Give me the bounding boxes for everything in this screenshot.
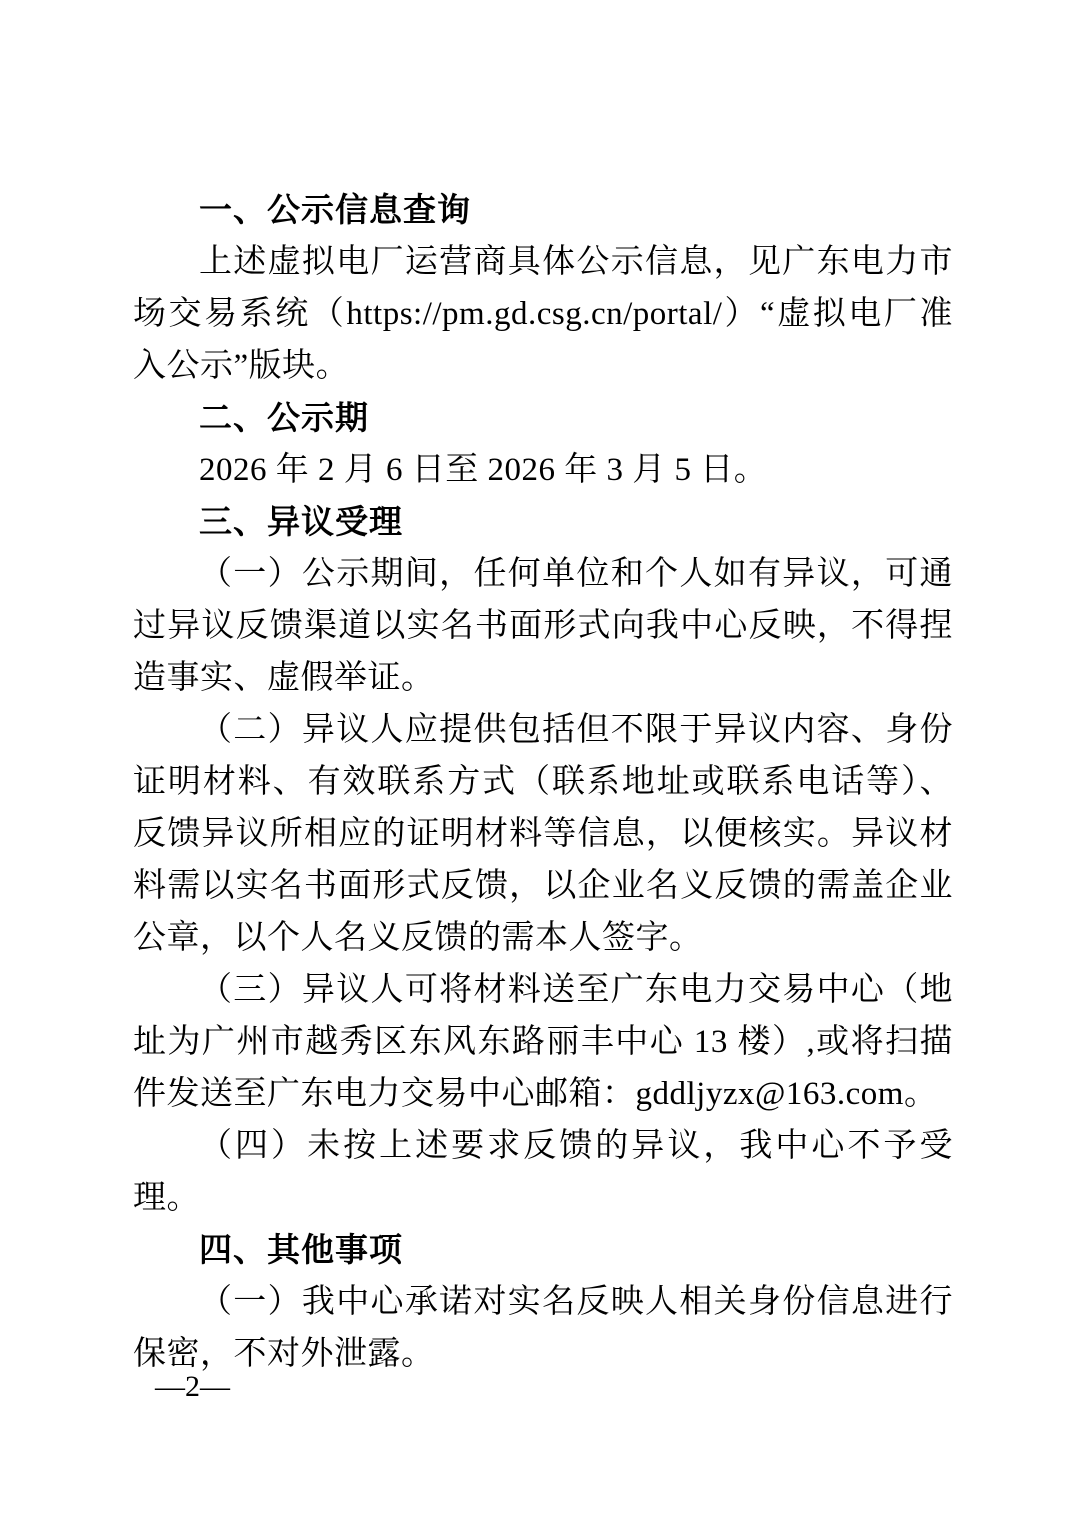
section-heading-objection-handling: 三、异议受理 (133, 496, 953, 548)
paragraph-objection-3: （三）异议人可将材料送至广东电力交易中心（地址为广州市越秀区东风东路丽丰中心 1… (133, 964, 953, 1120)
paragraph-other-matters-1: （一）我中心承诺对实名反映人相关身份信息进行保密，不对外泄露。 (133, 1276, 953, 1380)
section-heading-other-matters: 四、其他事项 (133, 1224, 953, 1276)
paragraph-public-info-query: 上述虚拟电厂运营商具体公示信息，见广东电力市场交易系统（https://pm.g… (133, 236, 953, 392)
paragraph-publicity-period-dates: 2026 年 2 月 6 日至 2026 年 3 月 5 日。 (133, 444, 953, 496)
page-number: —2— (155, 1370, 230, 1404)
paragraph-objection-4: （四）未按上述要求反馈的异议，我中心不予受理。 (133, 1120, 953, 1224)
document-content: 一、公示信息查询 上述虚拟电厂运营商具体公示信息，见广东电力市场交易系统（htt… (133, 184, 953, 1380)
paragraph-objection-1: （一）公示期间，任何单位和个人如有异议，可通过异议反馈渠道以实名书面形式向我中心… (133, 548, 953, 704)
section-heading-publicity-period: 二、公示期 (133, 392, 953, 444)
paragraph-objection-2: （二）异议人应提供包括但不限于异议内容、身份证明材料、有效联系方式（联系地址或联… (133, 704, 953, 964)
document-page: 一、公示信息查询 上述虚拟电厂运营商具体公示信息，见广东电力市场交易系统（htt… (0, 0, 1080, 1527)
section-heading-public-info-query: 一、公示信息查询 (133, 184, 953, 236)
